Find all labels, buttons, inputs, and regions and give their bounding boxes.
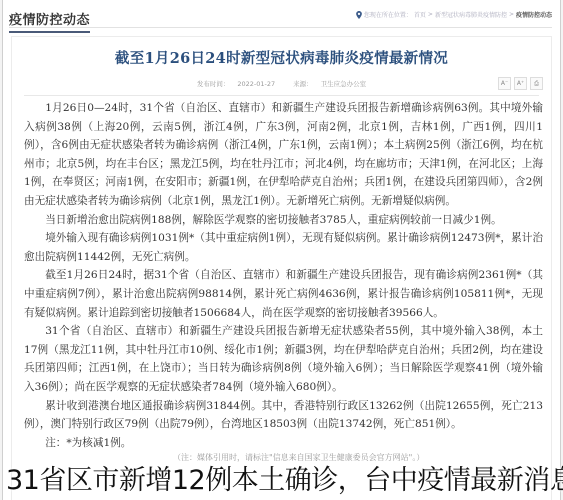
paragraph-recoveries: 当日新增治愈出院病例188例，解除医学观察的密切接触者3785人，重症病例较前一… <box>24 211 543 230</box>
source-value: 卫生应急办公室 <box>321 80 367 88</box>
page-frame: 疫情防控动态 您现在所在位置： 首页 > 新型冠状病毒肺炎疫情防控 > 疫情防控… <box>2 0 561 500</box>
article-title: 截至1月26日24时新型冠状病毒肺炎疫情最新情况 <box>12 47 551 68</box>
article-tools: A⁻ A⁺ ⎙ <box>498 77 543 90</box>
paragraph-note: 注：*为核减1例。 <box>24 434 543 453</box>
source-label: 来源： <box>293 80 313 88</box>
paragraph-asymptomatic: 31个省（自治区、直辖市）和新疆生产建设兵团报告新增无症状感染者55例，其中境外… <box>24 322 543 396</box>
breadcrumb-current[interactable]: 疫情防控动态 <box>516 10 552 19</box>
divider <box>9 27 552 28</box>
publish-date: 2022-01-27 <box>237 80 275 88</box>
breadcrumb-home[interactable]: 首页 <box>414 10 426 19</box>
overlay-caption: 31省区市新增12例本土确诊，台中疫情最新消息 <box>0 462 563 500</box>
article-meta: 发布时间：2022-01-27 来源：卫生应急办公室 <box>12 79 551 88</box>
breadcrumb-separator: > <box>509 11 514 18</box>
section-title: 疫情防控动态 <box>9 9 90 33</box>
divider <box>24 95 539 96</box>
article-body: 1月26日0—24时，31个省（自治区、直辖市）和新疆生产建设兵团报告新增确诊病… <box>24 99 543 452</box>
paragraph-hk-macao-taiwan: 累计收到港澳台地区通报确诊病例31844例。其中，香港特别行政区13262例（出… <box>24 397 543 434</box>
location-pin-icon <box>356 11 362 19</box>
print-icon[interactable]: ⎙ <box>530 77 543 90</box>
publish-label: 发布时间： <box>197 80 230 88</box>
font-smaller-button[interactable]: A⁻ <box>498 77 511 90</box>
top-bar: 疫情防控动态 您现在所在位置： 首页 > 新型冠状病毒肺炎疫情防控 > 疫情防控… <box>3 0 560 30</box>
paragraph-imported: 境外输入现有确诊病例1031例*（其中重症病例1例），无现有疑似病例。累计确诊病… <box>24 229 543 266</box>
breadcrumb-covid-prevention[interactable]: 新型冠状病毒肺炎疫情防控 <box>435 10 507 19</box>
font-larger-button[interactable]: A⁺ <box>514 77 527 90</box>
paragraph-cumulative: 截至1月26日24时，据31个省（自治区、直辖市）和新疆生产建设兵团报告，现有确… <box>24 266 543 322</box>
breadcrumb-separator: > <box>428 11 433 18</box>
article-container: 截至1月26日24时新型冠状病毒肺炎疫情最新情况 发布时间：2022-01-27… <box>11 36 552 500</box>
breadcrumb-prefix: 您现在所在位置： <box>364 10 412 19</box>
paragraph-new-cases: 1月26日0—24时，31个省（自治区、直辖市）和新疆生产建设兵团报告新增确诊病… <box>24 99 543 211</box>
breadcrumb: 您现在所在位置： 首页 > 新型冠状病毒肺炎疫情防控 > 疫情防控动态 <box>356 10 552 19</box>
